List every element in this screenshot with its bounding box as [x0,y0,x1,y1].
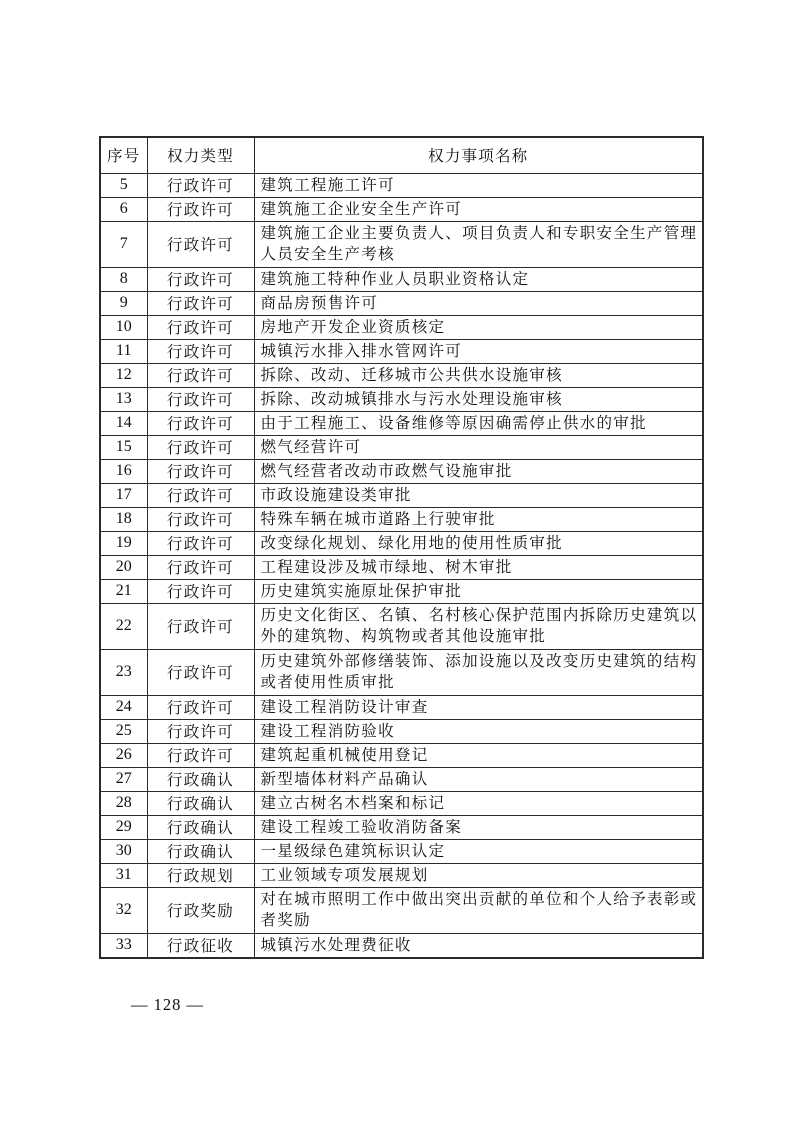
cell-name: 建筑工程施工许可 [254,173,703,197]
page-number: — 128 — [131,995,204,1015]
cell-type: 行政许可 [147,719,254,743]
cell-name: 建立古树名木档案和标记 [254,791,703,815]
cell-no: 31 [100,863,147,887]
cell-no: 24 [100,695,147,719]
cell-no: 7 [100,221,147,267]
cell-no: 23 [100,649,147,695]
table-row: 33 行政征收 城镇污水处理费征收 [100,933,703,958]
table-row: 6 行政许可 建筑施工企业安全生产许可 [100,197,703,221]
cell-no: 8 [100,267,147,291]
cell-no: 10 [100,315,147,339]
cell-name: 工程建设涉及城市绿地、树木审批 [254,555,703,579]
cell-name: 改变绿化规划、绿化用地的使用性质审批 [254,531,703,555]
table-row: 9 行政许可 商品房预售许可 [100,291,703,315]
cell-no: 13 [100,387,147,411]
cell-type: 行政许可 [147,411,254,435]
cell-name: 城镇污水处理费征收 [254,933,703,958]
cell-name: 建设工程消防设计审查 [254,695,703,719]
table-row: 5 行政许可 建筑工程施工许可 [100,173,703,197]
cell-type: 行政许可 [147,339,254,363]
cell-type: 行政许可 [147,387,254,411]
cell-name: 对在城市照明工作中做出突出贡献的单位和个人给予表彰或者奖励 [254,887,703,933]
cell-name: 新型墙体材料产品确认 [254,767,703,791]
cell-name: 由于工程施工、设备维修等原因确需停止供水的审批 [254,411,703,435]
cell-no: 12 [100,363,147,387]
cell-type: 行政征收 [147,933,254,958]
header-col-type: 权力类型 [147,137,254,173]
cell-name: 拆除、改动、迁移城市公共供水设施审核 [254,363,703,387]
cell-name: 拆除、改动城镇排水与污水处理设施审核 [254,387,703,411]
table-row: 14 行政许可 由于工程施工、设备维修等原因确需停止供水的审批 [100,411,703,435]
cell-name: 燃气经营者改动市政燃气设施审批 [254,459,703,483]
cell-no: 27 [100,767,147,791]
table-body: 5 行政许可 建筑工程施工许可 6 行政许可 建筑施工企业安全生产许可 7 行政… [100,173,703,958]
cell-name: 历史文化街区、名镇、名村核心保护范围内拆除历史建筑以外的建筑物、构筑物或者其他设… [254,603,703,649]
cell-no: 15 [100,435,147,459]
cell-name: 一星级绿色建筑标识认定 [254,839,703,863]
cell-type: 行政许可 [147,649,254,695]
cell-no: 32 [100,887,147,933]
cell-no: 11 [100,339,147,363]
table-row: 16 行政许可 燃气经营者改动市政燃气设施审批 [100,459,703,483]
cell-type: 行政许可 [147,221,254,267]
cell-no: 25 [100,719,147,743]
table-row: 17 行政许可 市政设施建设类审批 [100,483,703,507]
table-row: 7 行政许可 建筑施工企业主要负责人、项目负责人和专职安全生产管理人员安全生产考… [100,221,703,267]
cell-type: 行政确认 [147,815,254,839]
cell-type: 行政确认 [147,791,254,815]
cell-name: 历史建筑外部修缮装饰、添加设施以及改变历史建筑的结构或者使用性质审批 [254,649,703,695]
cell-no: 29 [100,815,147,839]
table-row: 26 行政许可 建筑起重机械使用登记 [100,743,703,767]
cell-name: 建设工程竣工验收消防备案 [254,815,703,839]
cell-name: 特殊车辆在城市道路上行驶审批 [254,507,703,531]
table-row: 24 行政许可 建设工程消防设计审查 [100,695,703,719]
cell-no: 28 [100,791,147,815]
cell-no: 14 [100,411,147,435]
table-row: 13 行政许可 拆除、改动城镇排水与污水处理设施审核 [100,387,703,411]
cell-type: 行政许可 [147,173,254,197]
table-row: 25 行政许可 建设工程消防验收 [100,719,703,743]
cell-name: 建筑起重机械使用登记 [254,743,703,767]
cell-type: 行政许可 [147,603,254,649]
cell-type: 行政规划 [147,863,254,887]
cell-type: 行政许可 [147,695,254,719]
cell-name: 工业领域专项发展规划 [254,863,703,887]
cell-type: 行政许可 [147,315,254,339]
cell-no: 33 [100,933,147,958]
cell-name: 建设工程消防验收 [254,719,703,743]
cell-type: 行政许可 [147,743,254,767]
cell-type: 行政确认 [147,767,254,791]
cell-type: 行政确认 [147,839,254,863]
cell-name: 燃气经营许可 [254,435,703,459]
cell-type: 行政许可 [147,197,254,221]
cell-name: 房地产开发企业资质核定 [254,315,703,339]
cell-name: 商品房预售许可 [254,291,703,315]
cell-name: 城镇污水排入排水管网许可 [254,339,703,363]
cell-no: 19 [100,531,147,555]
table-row: 18 行政许可 特殊车辆在城市道路上行驶审批 [100,507,703,531]
table-row: 20 行政许可 工程建设涉及城市绿地、树木审批 [100,555,703,579]
cell-no: 26 [100,743,147,767]
document-page: 序号 权力类型 权力事项名称 5 行政许可 建筑工程施工许可 6 行政许可 建筑… [0,0,793,1122]
table-row: 29 行政确认 建设工程竣工验收消防备案 [100,815,703,839]
table-row: 12 行政许可 拆除、改动、迁移城市公共供水设施审核 [100,363,703,387]
cell-no: 20 [100,555,147,579]
cell-no: 22 [100,603,147,649]
cell-no: 16 [100,459,147,483]
cell-no: 5 [100,173,147,197]
table-row: 30 行政确认 一星级绿色建筑标识认定 [100,839,703,863]
cell-type: 行政许可 [147,459,254,483]
cell-type: 行政许可 [147,291,254,315]
cell-type: 行政许可 [147,555,254,579]
table-row: 27 行政确认 新型墙体材料产品确认 [100,767,703,791]
cell-no: 18 [100,507,147,531]
table-row: 10 行政许可 房地产开发企业资质核定 [100,315,703,339]
header-col-name: 权力事项名称 [254,137,703,173]
table-row: 8 行政许可 建筑施工特种作业人员职业资格认定 [100,267,703,291]
cell-type: 行政许可 [147,483,254,507]
cell-type: 行政许可 [147,363,254,387]
cell-type: 行政许可 [147,435,254,459]
table-row: 31 行政规划 工业领域专项发展规划 [100,863,703,887]
table-row: 22 行政许可 历史文化街区、名镇、名村核心保护范围内拆除历史建筑以外的建筑物、… [100,603,703,649]
cell-name: 建筑施工特种作业人员职业资格认定 [254,267,703,291]
table-row: 23 行政许可 历史建筑外部修缮装饰、添加设施以及改变历史建筑的结构或者使用性质… [100,649,703,695]
cell-no: 30 [100,839,147,863]
cell-type: 行政许可 [147,531,254,555]
cell-type: 行政许可 [147,267,254,291]
cell-type: 行政许可 [147,579,254,603]
cell-no: 6 [100,197,147,221]
cell-no: 17 [100,483,147,507]
table-row: 21 行政许可 历史建筑实施原址保护审批 [100,579,703,603]
cell-no: 9 [100,291,147,315]
cell-name: 历史建筑实施原址保护审批 [254,579,703,603]
table-row: 28 行政确认 建立古树名木档案和标记 [100,791,703,815]
table-header-row: 序号 权力类型 权力事项名称 [100,137,703,173]
cell-name: 市政设施建设类审批 [254,483,703,507]
cell-no: 21 [100,579,147,603]
table-row: 32 行政奖励 对在城市照明工作中做出突出贡献的单位和个人给予表彰或者奖励 [100,887,703,933]
cell-type: 行政许可 [147,507,254,531]
cell-name: 建筑施工企业安全生产许可 [254,197,703,221]
header-col-no: 序号 [100,137,147,173]
cell-name: 建筑施工企业主要负责人、项目负责人和专职安全生产管理人员安全生产考核 [254,221,703,267]
table-row: 15 行政许可 燃气经营许可 [100,435,703,459]
cell-type: 行政奖励 [147,887,254,933]
table-row: 11 行政许可 城镇污水排入排水管网许可 [100,339,703,363]
power-items-table: 序号 权力类型 权力事项名称 5 行政许可 建筑工程施工许可 6 行政许可 建筑… [99,136,704,959]
table-row: 19 行政许可 改变绿化规划、绿化用地的使用性质审批 [100,531,703,555]
